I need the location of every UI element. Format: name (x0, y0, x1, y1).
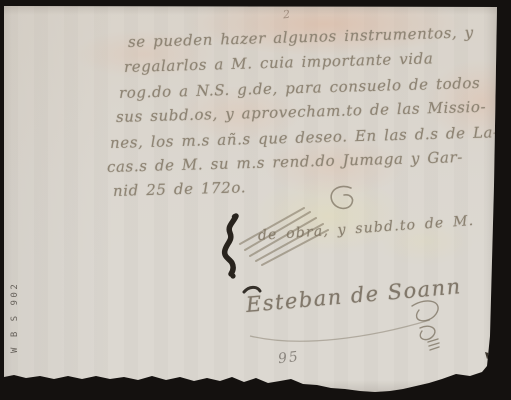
manuscript-line: rog.do a N.S. g.de, para consuelo de tod… (119, 74, 481, 102)
page-number: 95 (277, 349, 301, 368)
manuscript-line: cas.s de M. su m.s rend.do Jumaga y Gar- (107, 148, 463, 176)
edge-nick (485, 352, 492, 359)
manuscript-scan: 2 se pueden hazer algunos instrumentos, … (0, 0, 511, 400)
signature: Esteban de Soann (245, 274, 463, 317)
closing-line: de obra, y subd.to de M. (257, 213, 474, 244)
paper-sheet: 2 se pueden hazer algunos instrumentos, … (4, 6, 498, 396)
folio-mark: 2 (282, 8, 290, 22)
ink-blot-mark (225, 214, 239, 279)
manuscript-line: nid 25 de 172o. (113, 178, 247, 200)
shelfmark-stamp: W B S 902 (10, 282, 20, 353)
loop-flourish (331, 186, 352, 208)
manuscript-line: regalarlos a M. cuia importante vida (124, 49, 434, 76)
signature-rubric (412, 301, 439, 350)
signature-underline (250, 320, 430, 341)
manuscript-line: se pueden hazer algunos instrumentos, y (128, 23, 474, 51)
manuscript-line: sus subd.os, y aprovecham.to de las Miss… (116, 98, 487, 126)
